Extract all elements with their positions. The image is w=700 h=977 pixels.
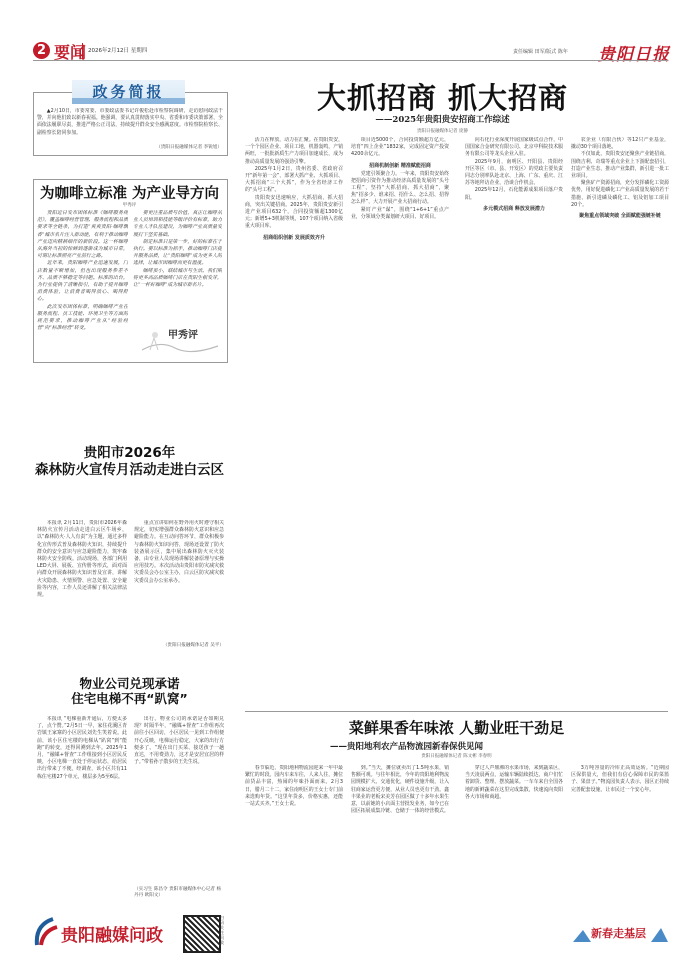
elevator-credit: （实习生 陈昌令 贵阳市融媒体中心记者 杨丹丹 欧阳文）: [134, 886, 224, 898]
fruit-col-3: 穿过人声鼎沸的水果市场，来到蔬菜区，当天凌晨两点，运输车辆陆续抵达，商户们忙着卸…: [465, 765, 563, 940]
newspaper-masthead: 贵阳日报: [598, 40, 670, 65]
commentary-seal: 甲秀评: [140, 320, 220, 356]
spring-badge-text: 新春走基层: [591, 925, 646, 941]
paragraph: 春节临近，贵阳地利物流园迎来一年中最繁忙的时段。园内车来车往，人来人往，摊位前货…: [245, 765, 343, 808]
briefing-title-wave: [72, 98, 185, 104]
paragraph: 本报讯 2月11日，贵阳市2026年森林防火宣传月活动走进白云区牛场乡，以“森林…: [37, 520, 127, 599]
title-line-1: 物业公司兑现承诺: [33, 676, 226, 691]
fruit-col-4: 3万吨容量的冷库正高效运转。“近期园区保供量大，但我们有信心保障市民的菜篮子、果…: [571, 765, 669, 915]
title-line-1: 贵阳市2026年: [33, 445, 226, 462]
section-divider: [245, 711, 668, 712]
paragraph: 本报讯 “电梯重新开通后，方便太多了，点个赞。”2月5日一早，家住花溪区青岩镇王…: [37, 716, 127, 781]
section-heading: 多元模式招商 释放发展潜力: [465, 205, 563, 212]
paragraph: 制定标准只是第一步，好的标准在于执行。要以标准为抓手，推动咖啡门店提升服务品质，…: [133, 239, 222, 268]
rong-logo-icon: [33, 915, 59, 949]
forest-credit: （贵阳日报融媒体记者 吴平）: [134, 642, 224, 648]
forest-col-2: 重点宣讲如何在野外用火时遵守相关规定，切实增强群众森林防火意识和应急避险能力。在…: [134, 520, 224, 650]
fruit-col-1: 春节临近，贵阳地利物流园迎来一年中最繁忙的时段。园内车来车往，人来人往，摊位前货…: [245, 765, 343, 915]
section-heading: 聚焦重点领域突破 全面赋能强链补链: [571, 212, 669, 219]
paragraph: 贵阳贵安迅速响应，大抓招商，抓大招商，突出关键招商。2025年，贵阳贵安新引进产…: [245, 195, 343, 231]
paragraph: 穿过人声鼎沸的水果市场，来到蔬菜区，当天凌晨两点，运输车辆陆续抵达，商户们忙着卸…: [465, 765, 563, 801]
paragraph: 向石化行业深度开展国家级试点合作，中国国家合金研究有限公司、北京中科院技术服务有…: [465, 137, 563, 159]
paragraph: 活力在释放，动力在汇聚。在贵阳贵安，一个个园区企业、项目工地，机器轰鸣，产销两旺…: [245, 137, 343, 166]
main-byline: 贵阳日报融媒体记者 庞静: [245, 128, 640, 134]
paragraph: 紧盯产业“谋”，围绕“1+6+1”重点产业，分领域分类谋划研大项目、好项目。: [351, 207, 449, 221]
header-divider: [82, 43, 83, 58]
page-number-badge: 2: [33, 42, 50, 59]
header-rule: [33, 60, 668, 61]
paragraph: 2025年9月，南明区、开阳县、贵阳经开区等区（市、县、开发区）的党政主要负责同…: [465, 159, 563, 188]
elevator-col-1: 本报讯 “电梯重新开通后，方便太多了，点个赞。”2月5日一早，家住花溪区青岩镇王…: [37, 716, 127, 899]
commentary-title: 为咖啡立标准 为产业导方向: [33, 182, 226, 203]
banner-title: 贵阳融媒问政: [61, 921, 163, 946]
paragraph: 此次发布团体标准，明确咖啡产业在服务流程、员工技能、环境卫生等方面的规范要求，推…: [37, 304, 128, 333]
title-line-2: 森林防火宣传月活动走进白云区: [33, 462, 226, 479]
main-col-3: 向石化行业深度开展国家级试点合作，中国国家合金研究有限公司、北京中科院技术服务有…: [465, 137, 563, 703]
paragraph: 要更注重品质与价值，真正让咖啡从业人员培训和技能等级评价有标准，助力专业人才队伍…: [133, 210, 222, 239]
forest-article-title: 贵阳市2026年 森林防火宣传月活动走进白云区: [33, 445, 226, 479]
paragraph: 不仅如此，贵阳贵安还聚焦产业链招商，围绕吉利、奇瑞等重点企业上下游配套招引，打造…: [571, 151, 669, 180]
issue-date: 2026年2月12日 星期四: [88, 46, 147, 54]
commentary-byline: 甲秀评: [33, 202, 226, 208]
paragraph: 到。”当天，摊位就卖出了1.5吨水果，销售额可观。与往年相比，今年的贵阳地利物流…: [351, 765, 449, 815]
paragraph: 党建引领聚合力。一年来，贵阳贵安始终把招商引资作为推动经济高质量发展的“头号工程…: [351, 171, 449, 207]
main-headline: 大抓招商 抓大招商: [245, 76, 640, 117]
title-line-2: 住宅电梯不再“趴窝”: [33, 691, 226, 706]
paragraph: 2025年12月，石化能源成果项目落户贵阳。: [465, 187, 563, 201]
main-col-1: 活力在释放，动力在汇聚。在贵阳贵安，一个个园区企业、项目工地，机器轰鸣，产销两旺…: [245, 137, 343, 703]
fruit-article-title: 菜鲜果香年味浓 人勤业旺干劲足: [245, 717, 668, 738]
editor-credit: 责任编辑 田军/版式 陈年: [513, 48, 568, 55]
paragraph: 3万吨容量的冷库正高效运转。“近期园区保供量大，但我们有信心保障市民的菜篮子、果…: [571, 765, 669, 794]
paragraph: 咖啡虽小，联结城市与生活。我们期待更多高品质咖啡门店在贵阳生根发芽，让“一杯好咖…: [133, 268, 222, 290]
main-col-4: 农企业（有限合伙）等12只产业基金，撬动30个项目落地。 不仅如此，贵阳贵安还聚…: [571, 137, 669, 703]
briefing-body: ▲2月10日，市委常委、市委政法委书记许俊松赴市检察院调研，走访慰问政法干警，并…: [37, 108, 223, 137]
paragraph: 近年来，贵阳咖啡产业迅速发展，门店数量不断增加，但也出现服务参差不齐、品质不够稳…: [37, 260, 128, 303]
commentary-seal-text: 甲秀评: [168, 326, 198, 341]
paragraph: 贵阳近日发布团体标准《咖啡服务规范》，覆盖咖啡经营管理、服务流程和品质要求等全链…: [37, 210, 128, 260]
forest-col-1: 本报讯 2月11日，贵阳市2026年森林防火宣传月活动走进白云区牛场乡，以“森林…: [37, 520, 127, 660]
commentary-col-1: 贵阳近日发布团体标准《咖啡服务规范》，覆盖咖啡经营管理、服务流程和品质要求等全链…: [37, 210, 128, 358]
elevator-article-title: 物业公司兑现承诺 住宅电梯不再“趴窝”: [33, 676, 226, 706]
qr-code-icon[interactable]: [183, 915, 221, 953]
fruit-col-2: 到。”当天，摊位就卖出了1.5吨水果，销售额可观。与往年相比，今年的贵阳地利物流…: [351, 765, 449, 940]
qr-caption: 扫码关注问政: [220, 915, 225, 945]
main-col-2: 项目近5000个，合同投资额超万亿元，培育“四上企业”1832家，完成固定资产投…: [351, 137, 449, 703]
spring-grassroots-badge: 新春走基层: [573, 922, 668, 944]
briefing-credit: （贵阳日报融媒体记者 李锐旭）: [120, 144, 222, 150]
commentary-col-2: 要更注重品质与价值，真正让咖啡从业人员培训和技能等级评价有标准，助力专业人才队伍…: [133, 210, 222, 320]
briefing-content: ▲2月10日，市委常委、市委政法委书记许俊松赴市检察院调研，走访慰问政法干警，并…: [37, 108, 223, 144]
paragraph: 出行。物业公司的承诺是否如期兑现？时隔半年，“融媒+督查”工作组再次前往小区回访…: [134, 716, 224, 766]
paragraph: 2025年1月2日，贵州省委、省政府召开“新年第一会”，部署大抓产业、大抓项目、…: [245, 166, 343, 195]
section-heading: 招商机制创新 精准赋能招商: [351, 162, 449, 169]
fruit-byline: 贵阳日报融媒体记者 陈文彬 李春明: [245, 753, 668, 759]
elevator-col-2: 出行。物业公司的承诺是否如期兑现？时隔半年，“融媒+督查”工作组再次前往小区回访…: [134, 716, 224, 886]
paragraph: 聚焦矿产资源招商，充分发挥磷化工资源优势，用好促进磷化工产业高质量发展的若干措施…: [571, 180, 669, 209]
section-heading: 招商组织创新 发展质效齐升: [245, 234, 343, 241]
fruit-article-subtitle: ——贵阳地利农产品物流园新春保供见闻: [330, 740, 483, 752]
paragraph: 项目近5000个，合同投资额超万亿元，培育“四上企业”1832家，完成固定资产投…: [351, 137, 449, 159]
paragraph: 农企业（有限合伙）等12只产业基金，撬动30个项目落地。: [571, 137, 669, 151]
wenzheng-banner[interactable]: 贵阳融媒问政 扫码关注问政: [33, 913, 226, 953]
main-subtitle: ——2025年贵阳贵安招商工作综述: [245, 113, 640, 125]
paragraph: 重点宣讲如何在野外用火时遵守相关规定，切实增强群众森林防火意识和应急避险能力。在…: [134, 520, 224, 585]
